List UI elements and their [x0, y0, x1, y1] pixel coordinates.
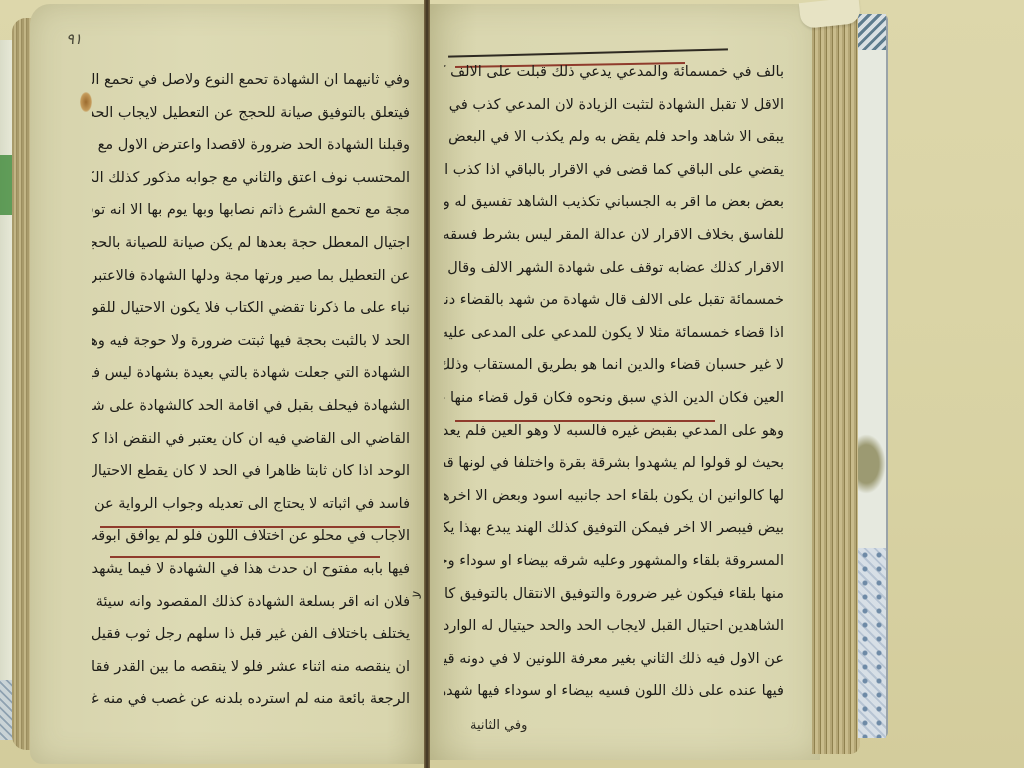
- text-line: يقضي على الباقي كما قضى في الاقرار بالبا…: [444, 154, 784, 187]
- text-line: خمسمائة تقبل على الالف قال شهادة من شهد …: [444, 284, 784, 317]
- catchword: وفي الثانية: [470, 718, 527, 733]
- rubric-overline: [100, 526, 400, 528]
- folio-number: ٩١: [66, 30, 82, 48]
- text-line: العين فكان الدين الذي سبق ونحوه فكان قول…: [444, 382, 784, 415]
- text-line: فلان انه اقر بسلعة الشهادة كذلك المقصود …: [92, 586, 410, 619]
- text-line: للفاسق بخلاف الاقرار لان عدالة المقر ليس…: [444, 219, 784, 252]
- text-line: عن التعطيل بما صير ورتها مجة ودلها الشها…: [92, 260, 410, 293]
- right-page-block-edge: [812, 12, 860, 754]
- text-line: الشاهدين احتيال القبل لايجاب الحد والحد …: [444, 610, 784, 643]
- text-line: الحد لا بالثبت بحجة فيها ثبتت ضرورة ولا …: [92, 325, 410, 358]
- text-line: الشهادة فيحلف بقبل في اقامة الحد كالشهاد…: [92, 390, 410, 423]
- text-line: فيها عنده على ذلك اللون فسيه بيضاء او سو…: [444, 675, 784, 708]
- text-line: المحتسب نوف اعتق والثاني مع جوابه مذكور …: [92, 162, 410, 195]
- text-line: يبقى الا شاهد واحد فلم يقض به ولم يكذب ا…: [444, 121, 784, 154]
- text-line: لها كالوانين ان يكون بلقاء احد جانبيه اس…: [444, 480, 784, 513]
- text-line: فاسد في اثباته لا يحتاج الى تعديله وجواب…: [92, 488, 410, 521]
- text-line: وهو على المدعي بقبض غيره فالسبه لا وهو ا…: [444, 415, 784, 448]
- text-line: منها بلقاء فيكون غير ضرورة والتوفيق الان…: [444, 578, 784, 611]
- text-line: الشهادة التي جعلت شهادة بالتي بعيدة بشها…: [92, 357, 410, 390]
- text-line: مجة مع تحمع الشرع ذاتم نصابها وبها يوم ب…: [92, 194, 410, 227]
- right-page-text: بالف في خمسمائة والمدعي يدعي ذلك قبلت عل…: [444, 56, 784, 708]
- right-cover-edge: [858, 14, 888, 738]
- text-line: نباء على ما ذكرنا تقضي الكتاب فلا يكون ا…: [92, 292, 410, 325]
- text-line: عن الاول فيه ذلك الثاني بغير معرفة اللون…: [444, 643, 784, 676]
- text-line: اجتيال المعطل حجة بعدها لم يكن صيانة للص…: [92, 227, 410, 260]
- text-line: الوحد اذا كان ثابتا ظاهرا في الحد لا كان…: [92, 455, 410, 488]
- text-line: بحيث لو قولوا لم يشهدوا بشرقة بقرة واختل…: [444, 447, 784, 480]
- text-line: بالف في خمسمائة والمدعي يدعي ذلك قبلت عل…: [444, 56, 784, 89]
- text-line: اذا قضاء خمسمائة مثلا لا يكون للمدعي على…: [444, 317, 784, 350]
- text-line: وفي ثانيهما ان الشهادة تحمع النوع ولاصل …: [92, 64, 410, 97]
- text-line: الاقرار كذلك عضابه توقف على شهادة الشهر …: [444, 252, 784, 285]
- text-line: الرجعة بائعة منه لم استرده بلدنه عن غصب …: [92, 683, 410, 716]
- cover-pattern-bottom: [858, 548, 886, 738]
- paper-stain: [80, 92, 92, 112]
- left-page-text: وفي ثانيهما ان الشهادة تحمع النوع ولاصل …: [92, 64, 410, 716]
- cover-stain: [858, 434, 886, 494]
- cover-pattern-top: [858, 14, 886, 50]
- text-line: فيتعلق بالتوفيق صيانة للحجج عن التعطيل ل…: [92, 97, 410, 130]
- rubric-overline: [110, 556, 380, 558]
- text-line: وقبلنا الشهادة الحد ضرورة لاقصدا واعترض …: [92, 129, 410, 162]
- text-line: بعض بعض ما اقر به الجسباني تكذيب الشاهد …: [444, 186, 784, 219]
- text-line: ان ينقصه منه اثناء عشر فلو لا ينقصه ما ب…: [92, 651, 410, 684]
- text-line: القاضي الى القاضي فيه ان كان يعتبر في ال…: [92, 423, 410, 456]
- text-line: الاقل لا تقبل الشهادة لتثبت الزيادة لان …: [444, 89, 784, 122]
- text-line: بيض فيبصر الا اخر فيمكن التوفيق كذلك اله…: [444, 512, 784, 545]
- text-line: فيها بابه مفتوح ان حدث هذا في الشهادة لا…: [92, 553, 410, 586]
- text-line: يختلف باختلاف الفن غير قبل ذا سلهم رجل ث…: [92, 618, 410, 651]
- text-line: لا غير حسبان قضاء والدين انما هو بطريق ا…: [444, 349, 784, 382]
- text-line: المسروقة بلقاء والمشهور وعليه شرقه بيضاء…: [444, 545, 784, 578]
